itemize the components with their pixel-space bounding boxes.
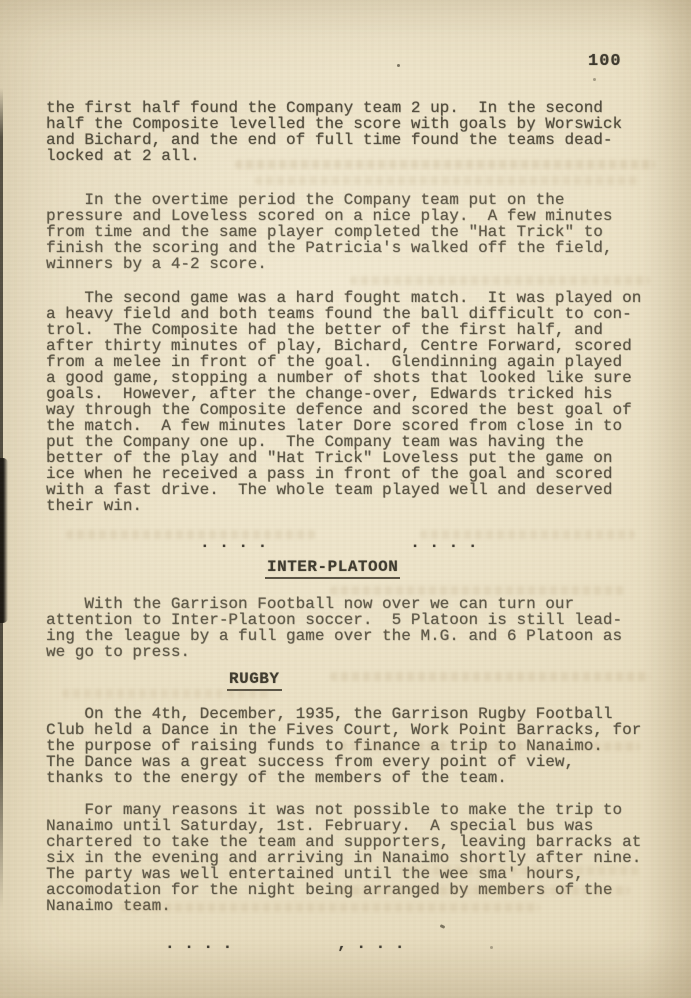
separator-dots-right: , . . . [337,936,404,952]
separator-dots-left: . . . . [165,936,232,952]
paper-speck [490,946,493,949]
section-separator-top: . . . . . . . . [46,535,666,551]
scanned-document-page: 100 the first half found the Company tea… [0,0,691,998]
paragraph-rugby-trip: For many reasons it was not possible to … [46,802,666,914]
separator-dots-right: . . . . [410,535,477,551]
paper-speck [397,64,400,67]
heading-inter-platoon-text: INTER-PLATOON [265,558,400,579]
page-body: the first half found the Company team 2 … [46,0,666,952]
paragraph-rugby-dance: On the 4th, December, 1935, the Garrison… [46,706,666,786]
paragraph-garrison-football-overtime: In the overtime period the Company team … [46,192,666,272]
paper-speck [593,78,596,81]
paragraph-garrison-football-second-game: The second game was a hard fought match.… [46,290,666,514]
heading-rugby: RUGBY [227,670,666,688]
heading-rugby-text: RUGBY [227,670,282,691]
section-separator-bottom: . . . . , . . . [46,936,666,952]
heading-inter-platoon: INTER-PLATOON [265,558,666,576]
paragraph-garrison-football-continuation: the first half found the Company team 2 … [46,100,666,164]
separator-dots-left: . . . . [200,535,267,551]
scan-edge-blot-left [0,458,8,623]
paragraph-inter-platoon: With the Garrison Football now over we c… [46,596,666,660]
